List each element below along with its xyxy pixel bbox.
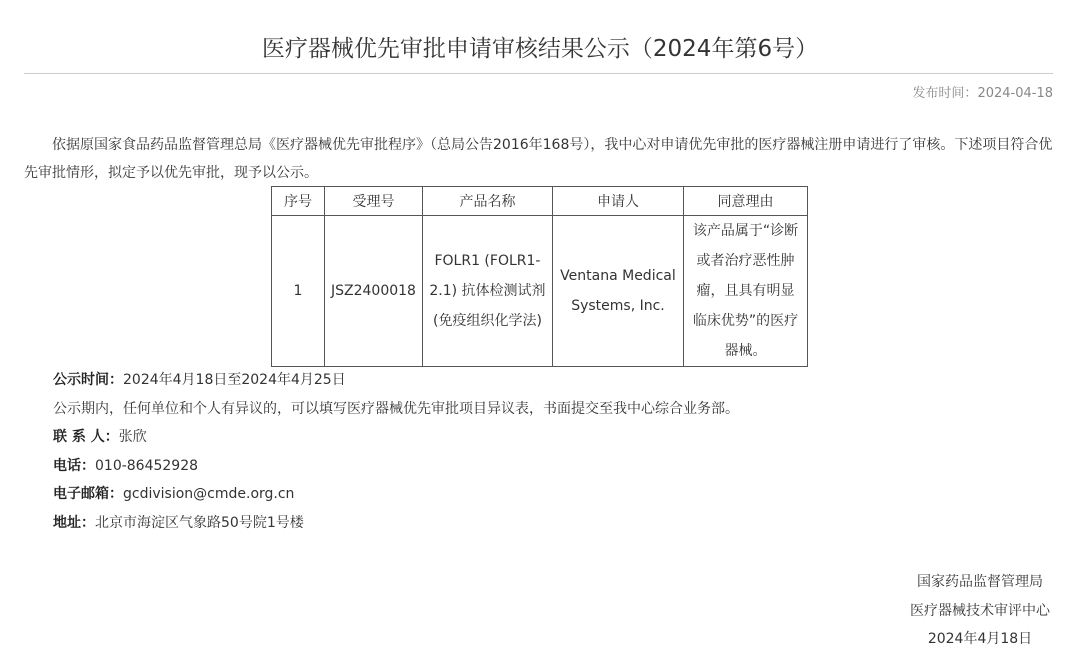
contact-row: 联 系 人：张欣 xyxy=(53,423,739,452)
cell-acceptance-no: JSZ2400018 xyxy=(325,216,423,367)
table-header-row: 序号 受理号 产品名称 申请人 同意理由 xyxy=(272,187,808,216)
address-row: 地址：北京市海淀区气象路50号院1号楼 xyxy=(53,509,739,538)
phone-label: 电话： xyxy=(53,458,95,474)
period-row: 公示时间：2024年4月18日至2024年4月25日 xyxy=(53,366,739,395)
signature-date: 2024年4月18日 xyxy=(890,625,1070,654)
header-applicant: 申请人 xyxy=(552,187,683,216)
phone-row: 电话：010-86452928 xyxy=(53,452,739,481)
header-acceptance-no: 受理号 xyxy=(325,187,423,216)
address-label: 地址： xyxy=(53,515,95,531)
header-reason: 同意理由 xyxy=(683,187,807,216)
signature-org-2: 医疗器械技术审评中心 xyxy=(890,597,1070,626)
phone-value: 010-86452928 xyxy=(95,458,198,474)
contact-label: 联 系 人： xyxy=(53,429,119,445)
header-product-name: 产品名称 xyxy=(422,187,552,216)
cell-product-name: FOLR1 (FOLR1-2.1) 抗体检测试剂 (免疫组织化学法) xyxy=(422,216,552,367)
publish-date-value: 2024-04-18 xyxy=(977,86,1053,101)
signature-org-1: 国家药品监督管理局 xyxy=(890,568,1070,597)
cell-reason: 该产品属于“诊断或者治疗恶性肿瘤，且具有明显临床优势”的医疗器械。 xyxy=(683,216,807,367)
table-row: 1 JSZ2400018 FOLR1 (FOLR1-2.1) 抗体检测试剂 (免… xyxy=(272,216,808,367)
header-seq: 序号 xyxy=(272,187,325,216)
email-value[interactable]: gcdivision@cmde.org.cn xyxy=(123,486,294,502)
email-label: 电子邮箱： xyxy=(53,486,123,502)
publish-date-label: 发布时间： xyxy=(912,86,977,101)
cell-seq: 1 xyxy=(272,216,325,367)
results-table: 序号 受理号 产品名称 申请人 同意理由 1 JSZ2400018 FOLR1 … xyxy=(271,186,808,367)
cell-applicant: Ventana Medical Systems, Inc. xyxy=(552,216,683,367)
address-value: 北京市海淀区气象路50号院1号楼 xyxy=(95,515,304,531)
period-label: 公示时间： xyxy=(53,372,123,388)
notice-info: 公示时间：2024年4月18日至2024年4月25日 公示期内，任何单位和个人有… xyxy=(53,366,739,538)
contact-value: 张欣 xyxy=(119,429,147,445)
signature-block: 国家药品监督管理局 医疗器械技术审评中心 2024年4月18日 xyxy=(890,568,1070,654)
intro-paragraph: 依据原国家食品药品监督管理总局《医疗器械优先审批程序》（总局公告2016年168… xyxy=(24,131,1054,187)
objection-text: 公示期内，任何单位和个人有异议的，可以填写医疗器械优先审批项目异议表，书面提交至… xyxy=(53,395,739,424)
period-value: 2024年4月18日至2024年4月25日 xyxy=(123,372,346,388)
email-row: 电子邮箱：gcdivision@cmde.org.cn xyxy=(53,480,739,509)
page-title: 医疗器械优先审批申请审核结果公示（2024年第6号） xyxy=(0,30,1080,63)
title-divider xyxy=(24,73,1053,74)
publish-date: 发布时间：2024-04-18 xyxy=(912,82,1053,101)
